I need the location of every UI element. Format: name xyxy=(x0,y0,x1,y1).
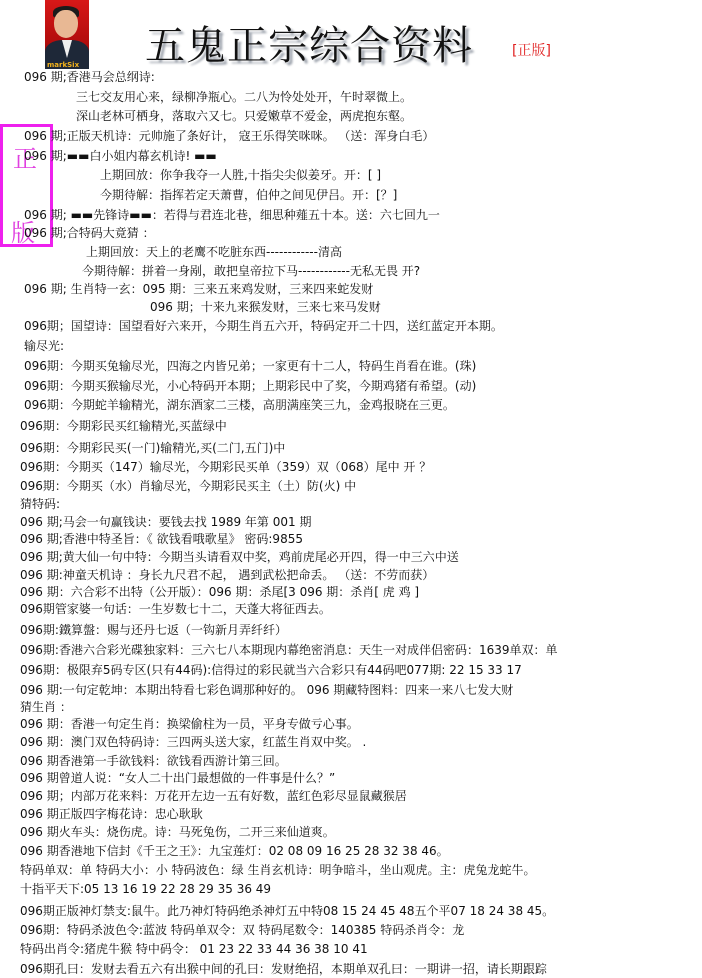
text-line: 特码单双：单 特码大小：小 特码波色：绿 生肖玄机诗：明争暗斗，坐山观虎。主：虎… xyxy=(20,862,535,878)
text-line: 096 期：六合彩不出特（公开版）：096 期：杀尾[3 096 期：杀肖[ 虎… xyxy=(20,584,419,600)
text-line: 096 期;合特码大竟猜 ： xyxy=(24,225,155,241)
text-line: 096期:鐵算盤：赐与还丹七返（一钩新月弄纤纤） xyxy=(20,622,287,638)
text-line: 深山老林可栖身，落取六又七。只爱嫩草不爱金，两虎抱东壑。 xyxy=(76,108,412,124)
text-line: 096期：今期买（水）肖输尽光，今期彩民买主（土）防(火) 中 xyxy=(20,478,356,494)
text-line: 096 期;香港中特圣旨：《 欲钱看哦歌星》 密码:9855 xyxy=(20,531,303,547)
avatar-photo: markSix xyxy=(45,0,89,69)
text-line: 三七交友用心来，绿柳净瓶心。二八为怜处处开，午时翠微上。 xyxy=(76,89,412,105)
text-line: 096 期；十来九来猴发财，三来七来马发财 xyxy=(150,299,381,315)
text-line: 096 期：澳门双色特码诗：三四两头送大家，红蓝生肖双中奖。 . xyxy=(20,734,366,750)
text-line: 上期回放：你争我夺一人胜,十指尖尖似姜牙。开：[ ] xyxy=(100,167,381,183)
text-line: 096 期;香港马会总纲诗: xyxy=(24,69,155,85)
text-line: 096期：特码杀波色令:蓝波 特码单双令：双 特码尾数令：140385 特码杀肖… xyxy=(20,922,464,938)
text-line: 096 期:神童天机诗 ：身长九尺君不起， 遇到武松把命丢。 （送：不劳而获） xyxy=(20,567,434,583)
text-line: 096 期:一句定乾坤：本期出特看七彩色调那种好的。 096 期藏特图料：四来一… xyxy=(20,682,513,698)
text-line: 096 期正版四字梅花诗：忠心耿耿 xyxy=(20,806,203,822)
text-line: 096期：今期彩民买红输精光,买蓝绿中 xyxy=(20,418,227,434)
text-line: 096期：极限弃5码专区(只有44码):信得过的彩民就当六合彩只有44码吧077… xyxy=(20,662,522,678)
text-line: 今期待解：拼着一身剐，敢把皇帝拉下马------------无私无畏 开? xyxy=(82,263,420,279)
text-line: 096期；国望诗：国望看好六来开，今期生肖五六开，特码定开二十四，送红蓝定开本期… xyxy=(24,318,503,334)
text-line: 今期待解：指挥若定天萧曹，伯仲之间见伊吕。开：[？] xyxy=(100,187,397,203)
text-line: 096期：今期彩民买(一门)输精光,买(二门,五门)中 xyxy=(20,440,285,456)
text-line: 096 期香港地下信封《千王之王》：九宝莲灯：02 08 09 16 25 28… xyxy=(20,843,449,859)
text-line: 096 期曾道人说：“女人二十出门最想做的一件事是什么？” xyxy=(20,770,335,786)
page-title: 五鬼正宗综合资料 xyxy=(145,14,473,71)
text-line: 096 期;马会一句赢钱诀：要钱去找 1989 年第 001 期 xyxy=(20,514,311,530)
text-line: 096 期; ▬▬先锋诗▬▬：若得与君连北巷，细思种薤五十本。送：六七回九一 xyxy=(24,207,440,223)
text-line: 猜生肖 ： xyxy=(20,699,72,715)
text-line: 096期正版神灯禁支:鼠牛。此乃神灯特码绝杀神灯五中特08 15 24 45 4… xyxy=(20,903,554,919)
photo-face xyxy=(54,10,78,38)
text-line: 096期：今期蛇羊输精光，湖东酒家二三楼，高朋满座笑三九，金鸡报晓在三更。 xyxy=(24,397,455,413)
text-line: 096期孔曰：发财去看五六有出猴中间的孔曰：发财绝招，本期单双孔曰：一期讲一招，… xyxy=(20,961,547,977)
text-line: 096 期;▬▬白小姐内幕玄机诗! ▬▬ xyxy=(24,148,217,164)
text-line: 096 期火车头：烧伤虎。诗：马死兔伤，二开三来仙道爽。 xyxy=(20,824,335,840)
text-line: 096期：今期买兔输尽光，四海之内皆兄弟；一家更有十二人，特码生肖看在谁。(珠) xyxy=(24,358,476,374)
edition-badge: [正版] xyxy=(512,40,551,60)
text-line: 096 期：香港一句定生肖：换梁偷柱为一员，平身专做亏心事。 xyxy=(20,716,359,732)
marksix-logo: markSix xyxy=(47,61,79,69)
text-line: 096期：今期买猴输尽光，小心特码开本期；上期彩民中了奖，今期鸡猪有希望。(动) xyxy=(24,378,476,394)
text-line: 096 期；内部万花来料：万花开左边一五有好数，蓝红色彩尽显鼠藏猴居 xyxy=(20,788,407,804)
text-line: 096期：今期买（147）输尽光，今期彩民买单（359）双（068）尾中 开 ？ xyxy=(20,459,431,475)
text-line: 上期回放：天上的老鹰不吃脏东西------------清高 xyxy=(86,244,342,260)
text-line: 096 期;黄大仙一句中特：今期当头请看双中奖，鸡前虎尾必开四，得一中三六中送 xyxy=(20,549,459,565)
text-line: 096 期;正版天机诗：元帅施了条好计， 寇王乐得笑咪咪。 （送：浑身白毛） xyxy=(24,128,434,144)
text-line: 猜特码: xyxy=(20,496,60,512)
text-line: 十指平天下:05 13 16 19 22 28 29 35 36 49 xyxy=(20,881,271,897)
text-line: 096 期; 生肖特一玄：095 期：三来五来鸡发财，三来四来蛇发财 xyxy=(24,281,373,297)
text-line: 输尽光: xyxy=(24,338,64,354)
text-line: 096期:香港六合彩光碟独家料：三六七八本期现内幕绝密消息：天生一对成伴侣密码：… xyxy=(20,642,558,658)
text-line: 096期管家婆一句话：一生岁数七十二，天蓬大将征西去。 xyxy=(20,601,331,617)
text-line: 特码出肖令:猪虎牛猴 特中码令： 01 23 22 33 44 36 38 10… xyxy=(20,941,368,957)
text-line: 096 期香港第一手欲钱料：欲钱看西游计第三回。 xyxy=(20,753,287,769)
